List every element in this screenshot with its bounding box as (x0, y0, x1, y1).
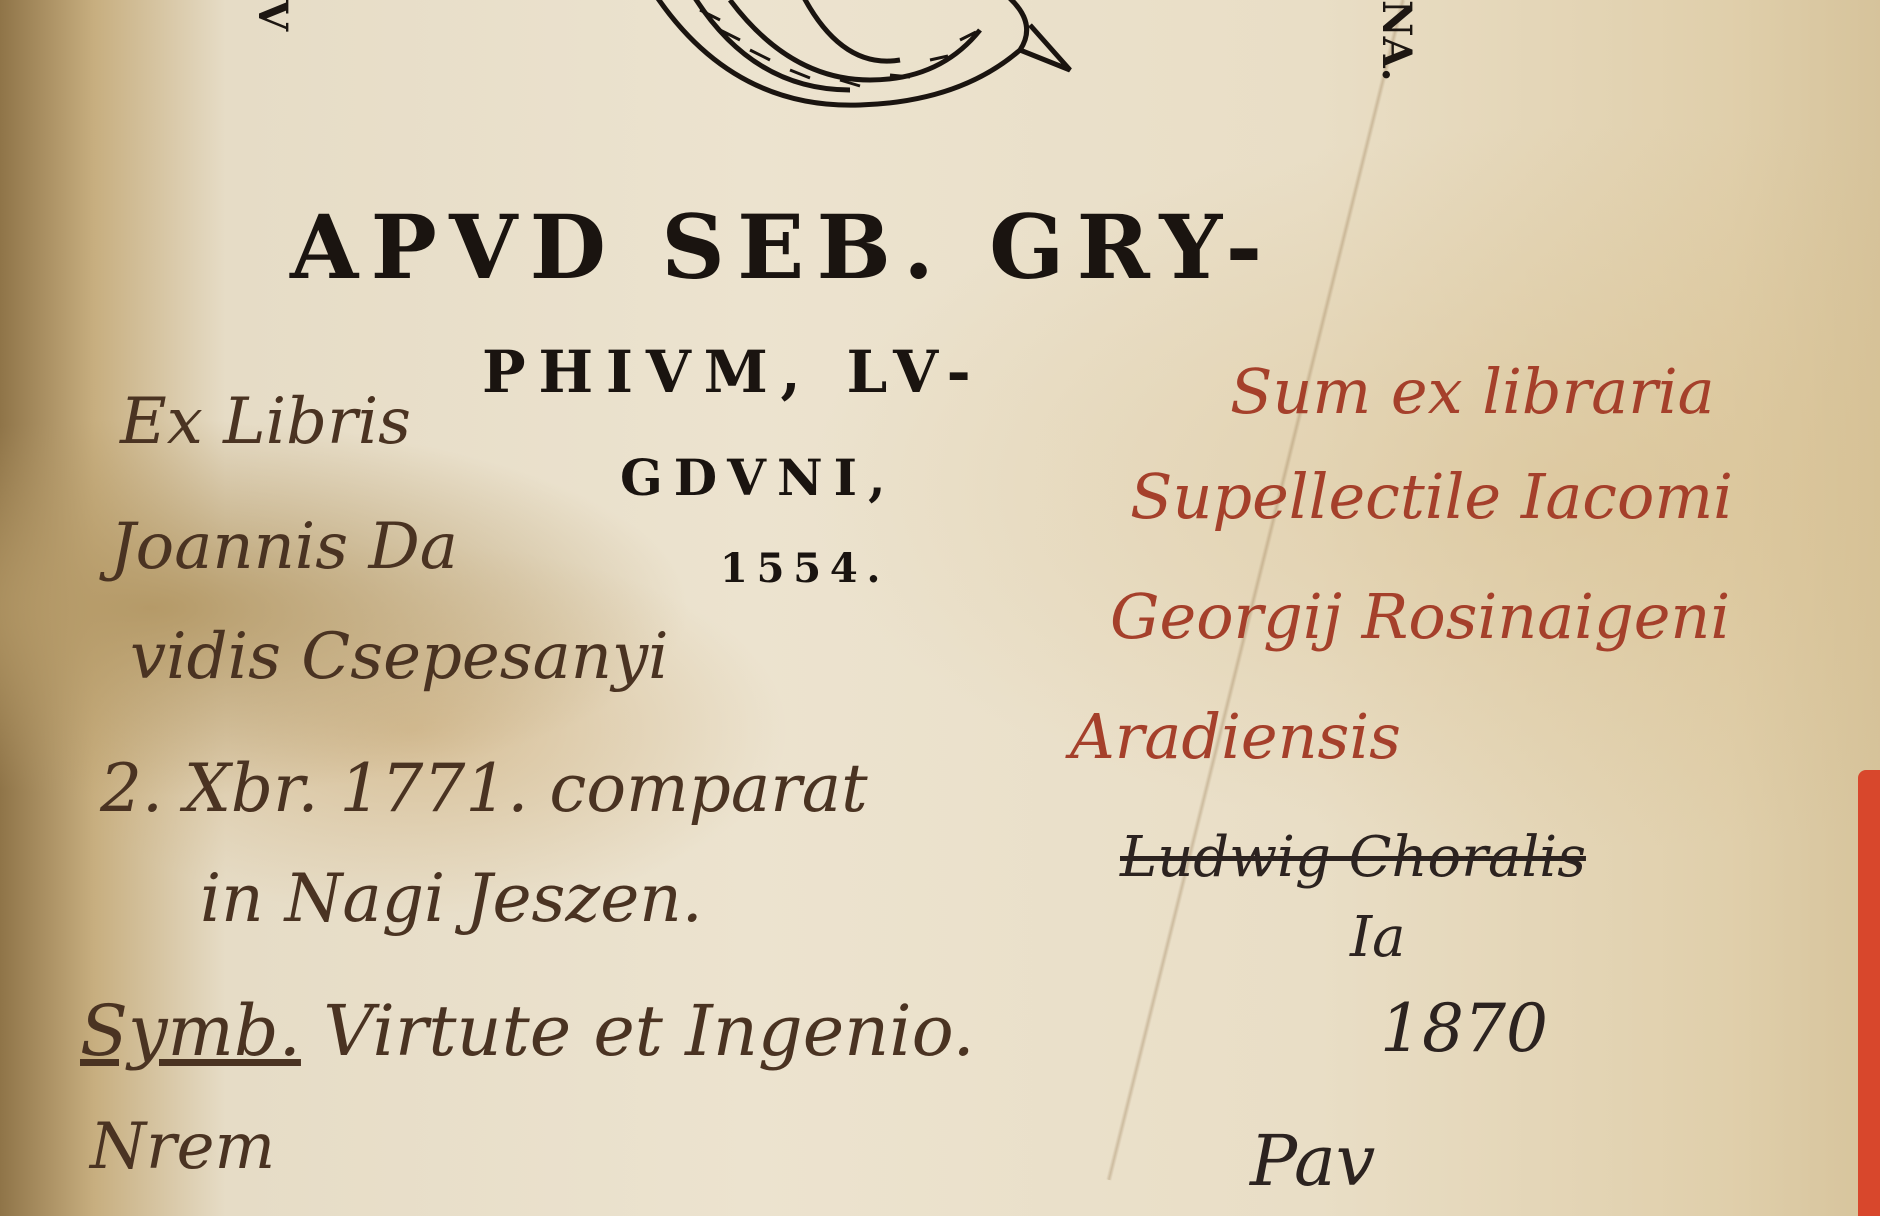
ex-libris-inscription: Ex Libris (120, 385, 411, 459)
imprint-line-3: GDVNI, (620, 448, 896, 507)
printer-device-woodcut (600, 0, 1120, 120)
bottom-left-inscription: Nrem (90, 1110, 275, 1184)
motto-label: Symb. (80, 990, 301, 1072)
dark-inscription-ia: Ia (1350, 905, 1406, 970)
struck-owner-name: Ludwig Choralis (1120, 825, 1586, 890)
red-inscription-line-2: Supellectile Iacomi (1130, 460, 1733, 533)
motto-text: Virtute et Ingenio. (301, 990, 975, 1072)
red-inscription-line-3: Georgij Rosinaigeni (1110, 580, 1730, 653)
purchase-place-inscription: in Nagi Jeszen. (200, 860, 703, 937)
printed-vertical-text-left: V (249, 0, 296, 31)
imprint-line-1: APVD SEB. GRY- (290, 195, 1275, 299)
motto-inscription: Symb. Virtute et Ingenio. (80, 990, 975, 1072)
red-page-edge (1858, 770, 1880, 1216)
dark-inscription-year: 1870 (1380, 990, 1548, 1067)
owner-name-line-2: vidis Csepesanyi (130, 620, 669, 694)
book-page: V NA. APVD SEB. GRY- PHIVM, LV- GDVNI, 1… (0, 0, 1880, 1216)
purchase-date-inscription: 2. Xbr. 1771. comparat (100, 750, 868, 827)
imprint-date: 1554. (720, 545, 889, 592)
printed-vertical-text-right: NA. (1373, 0, 1420, 82)
red-inscription-line-1: Sum ex libraria (1230, 355, 1715, 428)
imprint-line-2: PHIVM, LV- (482, 338, 984, 406)
dark-inscription-signature: Pav (1250, 1120, 1375, 1202)
owner-name-line-1: Joannis Da (110, 510, 458, 584)
red-inscription-line-4: Aradiensis (1070, 700, 1401, 773)
